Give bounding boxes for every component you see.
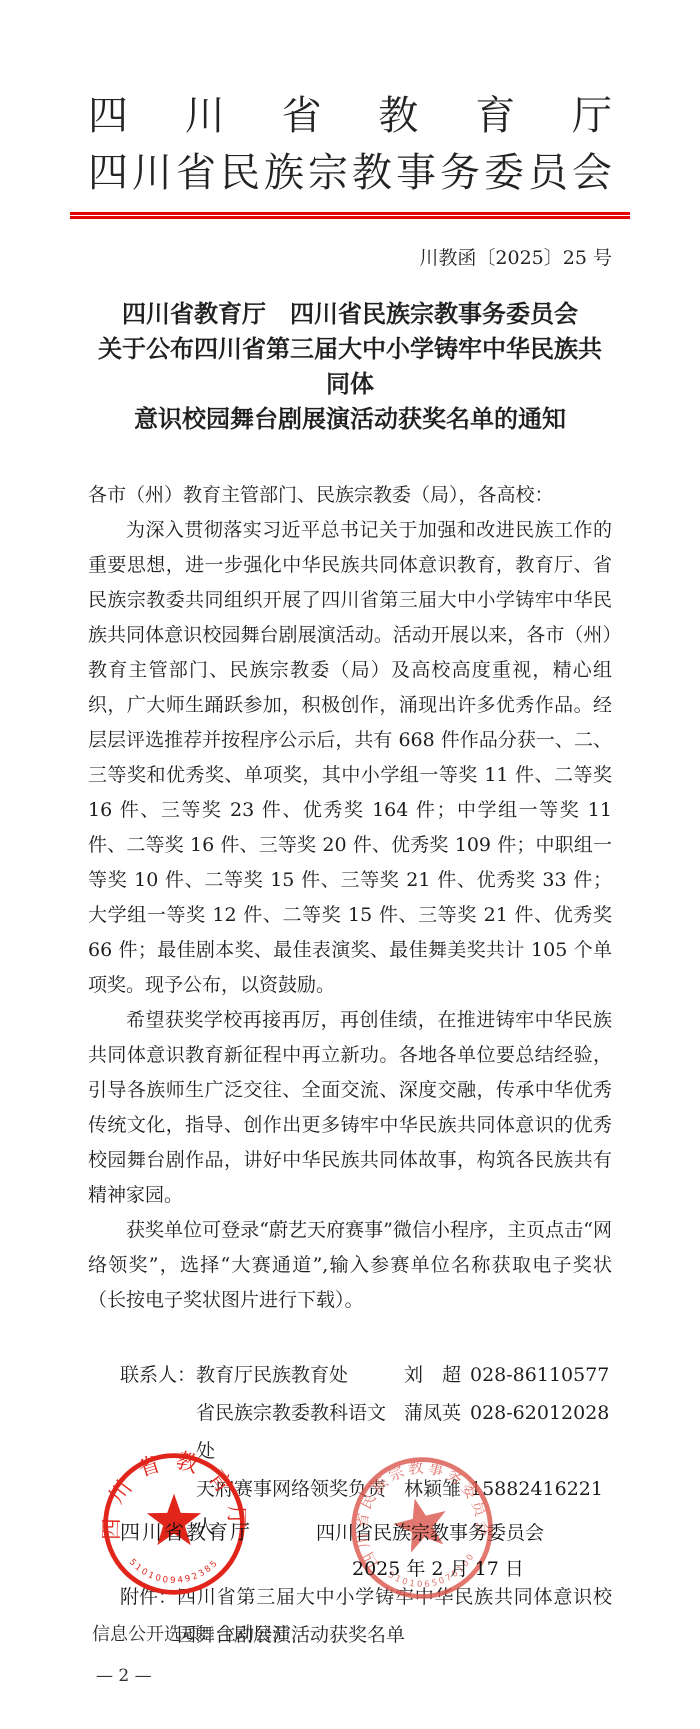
signature-date: 2025 年 2 月 17 日 <box>352 1554 524 1581</box>
contact-row: 联系人： 教育厅民族教育处 刘 超 028-86110577 <box>120 1356 612 1394</box>
document-number: 川教函〔2025〕25 号 <box>88 243 612 270</box>
body-paragraph-3: 获奖单位可登录“蔚艺天府赛事”微信小程序，主页点击“网络领奖”，选择“大赛通道”… <box>88 1213 612 1318</box>
title-line-3: 意识校园舞台剧展演活动获奖名单的通知 <box>88 401 612 436</box>
contact-label: 联系人： <box>120 1356 196 1394</box>
signature-left-agency: 四川省教育厅 <box>120 1516 252 1545</box>
body-paragraph-1: 为深入贯彻落实习近平总书记关于加强和改进民族工作的重要思想，进一步强化中华民族共… <box>88 513 612 1003</box>
letterhead-agency-1: 四川省教育厅 <box>88 88 612 145</box>
red-separator-rule <box>70 212 630 219</box>
document-page: 四川省教育厅 四川省民族宗教事务委员会 川教函〔2025〕25 号 四川省教育厅… <box>0 0 700 1729</box>
signature-right-agency: 四川省民族宗教事务委员会 <box>316 1518 544 1545</box>
contact-dept: 教育厅民族教育处 <box>196 1356 404 1394</box>
page-number: — 2 — <box>96 1666 152 1686</box>
document-title: 四川省教育厅 四川省民族宗教事务委员会 关于公布四川省第三届大中小学铸牢中华民族… <box>88 296 612 436</box>
letterhead: 四川省教育厅 四川省民族宗教事务委员会 <box>88 0 612 219</box>
disclosure-option: 信息公开选项：主动公开 <box>92 1620 290 1646</box>
title-line-1: 四川省教育厅 四川省民族宗教事务委员会 <box>88 296 612 331</box>
body-paragraph-2: 希望获奖学校再接再厉，再创佳绩，在推进铸牢中华民族共同体意识教育新征程中再立新功… <box>88 1003 612 1213</box>
letterhead-agency-2: 四川省民族宗教事务委员会 <box>88 145 612 202</box>
salutation: 各市（州）教育主管部门、民族宗教委（局），各高校： <box>88 478 612 513</box>
signature-area: 四川省教育厅 5101009492385 四川省民族宗教事务委员会 510106… <box>0 1440 700 1620</box>
title-line-2: 关于公布四川省第三届大中小学铸牢中华民族共同体 <box>88 331 612 401</box>
contact-name: 刘 超 <box>404 1356 470 1394</box>
contact-phone: 028-86110577 <box>470 1356 612 1394</box>
